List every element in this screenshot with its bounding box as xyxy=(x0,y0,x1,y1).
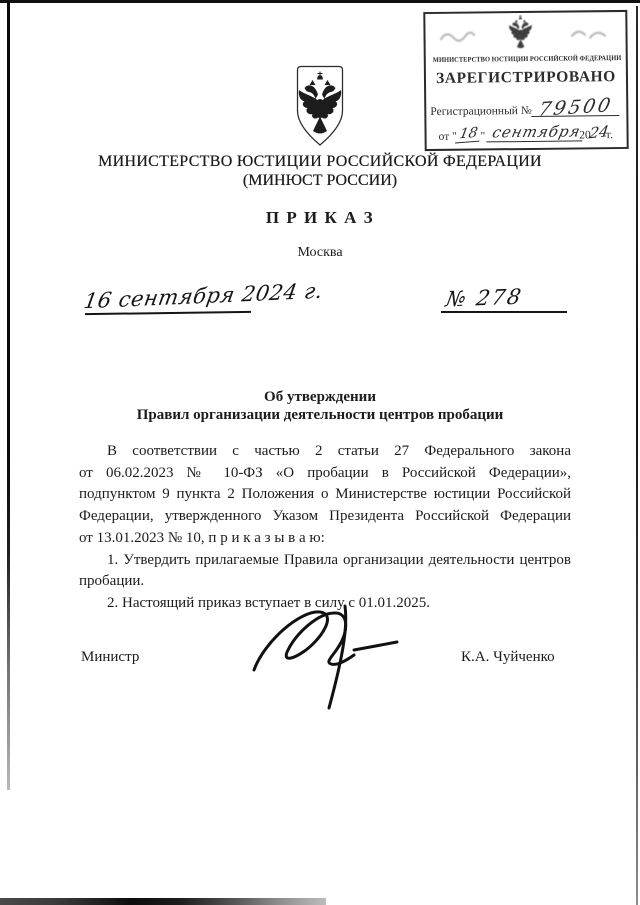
subject-line-2: Правил организации деятельности центров … xyxy=(0,407,640,425)
body-line: В соответствии с частью 2 статьи 27 Феде… xyxy=(79,441,571,463)
scan-edge-right xyxy=(636,6,638,905)
order-body: В соответствии с частью 2 статьи 27 Феде… xyxy=(79,441,571,615)
stamp-date-month: сентября xyxy=(486,122,587,142)
city-label: Москва xyxy=(0,245,640,261)
body-line: пробации. xyxy=(79,571,571,593)
stamp-reg-number-value: 79500 xyxy=(537,94,615,121)
signer-title: Министр xyxy=(81,649,139,666)
stamp-eagle-icon xyxy=(499,15,541,55)
subject-heading: Об утверждении Правил организации деятел… xyxy=(0,389,640,424)
stamp-ministry-line: МИНИСТЕРСТВО ЮСТИЦИИ РОССИЙСКОЙ ФЕДЕРАЦИ… xyxy=(433,54,619,64)
stamp-year-handwritten: 24 xyxy=(588,122,610,142)
number-underline xyxy=(441,311,567,313)
signature xyxy=(250,598,400,712)
subject-line-1: Об утверждении xyxy=(0,389,640,407)
scan-edge-top xyxy=(0,0,640,3)
stamp-registered-label: ЗАРЕГИСТРИРОВАНО xyxy=(426,68,626,88)
stamp-smudge xyxy=(567,24,611,46)
stamp-reg-number-label: Регистрационный № xyxy=(430,105,532,118)
stamp-date-from: от xyxy=(439,131,450,143)
body-line: Федерации, утвержденного Указом Президен… xyxy=(79,506,571,528)
stamp-registration-number-row: Регистрационный № 79500 xyxy=(430,99,619,118)
stamp-smudge xyxy=(437,26,477,50)
body-line: от 06.02.2023 № 10-ФЗ «О пробации в Росс… xyxy=(79,463,571,485)
stamp-reg-number-underline: 79500 xyxy=(532,99,620,117)
stamp-close-quote: " xyxy=(481,130,486,142)
scan-edge-bottom xyxy=(0,898,326,905)
coat-of-arms-icon xyxy=(296,64,344,148)
ministry-name: МИНИСТЕРСТВО ЮСТИЦИИ РОССИЙСКОЙ ФЕДЕРАЦИ… xyxy=(0,153,640,171)
registration-stamp: МИНИСТЕРСТВО ЮСТИЦИИ РОССИЙСКОЙ ФЕДЕРАЦИ… xyxy=(423,10,628,151)
stamp-date-day: 18 xyxy=(455,125,482,144)
body-line: подпунктом 9 пункта 2 Положения о Минист… xyxy=(79,484,571,506)
body-line: от 13.01.2023 № 10, п р и к а з ы в а ю: xyxy=(79,528,571,550)
handwritten-number: № 278 xyxy=(444,285,525,312)
body-line: 1. Утвердить прилагаемые Правила организ… xyxy=(79,550,571,572)
ministry-short-name: (МИНЮСТ РОССИИ) xyxy=(0,172,640,190)
handwritten-date: 16 сентября 2024 г. xyxy=(82,279,325,314)
document-type-title: П Р И К А З xyxy=(0,208,640,228)
stamp-date-row: от "18" сентября2024г. xyxy=(438,122,620,143)
signer-name: К.А. Чуйченко xyxy=(461,649,555,666)
